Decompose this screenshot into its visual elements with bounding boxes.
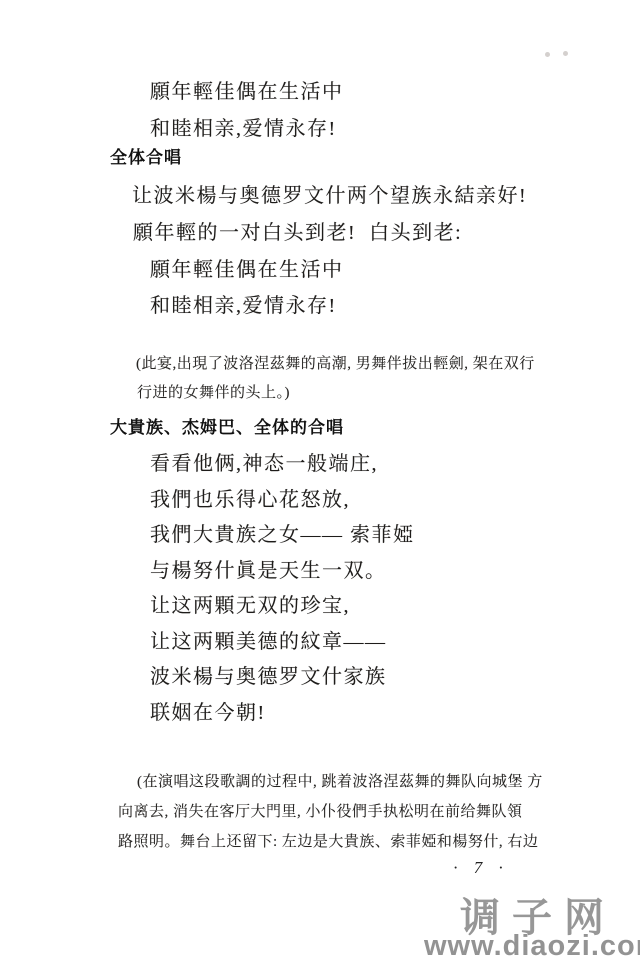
page-number: · 7 ·: [436, 858, 526, 878]
verse-line: 願年輕佳偶在生活中: [150, 75, 344, 104]
verse-line: 与楊努什眞是天生一双。: [150, 554, 387, 583]
watermark-site-url: www.diaozi.com: [424, 930, 640, 963]
verse-line: 我們也乐得心花怒放,: [150, 483, 350, 512]
verse-line: 让波米楊与奥德罗文什两个望族永結亲好!: [132, 179, 527, 208]
scan-speck: [563, 51, 568, 56]
stage-direction-line: 向离去, 消失在客厅大門里, 小仆役們手执松明在前给舞队領: [118, 800, 523, 821]
stage-direction-line: 路照明。舞台上还留下: 左边是大貴族、索菲婭和楊努什, 右边: [118, 830, 538, 851]
verse-line: 和睦相亲,爱情永存!: [150, 289, 337, 318]
verse-line: 我們大貴族之女—— 索菲婭: [150, 518, 415, 547]
scan-speck: [545, 52, 550, 57]
verse-line: 联姻在今朝!: [150, 696, 266, 725]
chorus-heading: 全体合唱: [110, 143, 182, 168]
verse-line: 看看他俩,神态一般端庄,: [150, 447, 378, 476]
verse-line: 让这两顆无双的珍宝,: [150, 589, 350, 618]
verse-line: 波米楊与奥德罗文什家族: [150, 660, 387, 689]
stage-direction-line: (此宴,出現了波洛涅茲舞的高潮, 男舞伴拔出輕劍, 架在双行: [136, 352, 535, 373]
stage-direction-line: (在演唱这段歌調的过程中, 跳着波洛涅茲舞的舞队向城堡 方: [137, 770, 543, 791]
stage-direction-line: 行进的女舞伴的头上。): [137, 381, 290, 402]
verse-line: 让这两顆美德的紋章——: [150, 625, 387, 654]
verse-line: 願年輕的一对白头到老! 白头到老:: [133, 216, 462, 245]
scanned-book-page: 願年輕佳偶在生活中 和睦相亲,爱情永存! 全体合唱 让波米楊与奥德罗文什两个望族…: [0, 0, 640, 969]
verse-line: 願年輕佳偶在生活中: [150, 253, 344, 282]
verse-line: 和睦相亲,爱情永存!: [150, 112, 337, 141]
ensemble-heading: 大貴族、杰姆巴、全体的合唱: [110, 413, 344, 438]
